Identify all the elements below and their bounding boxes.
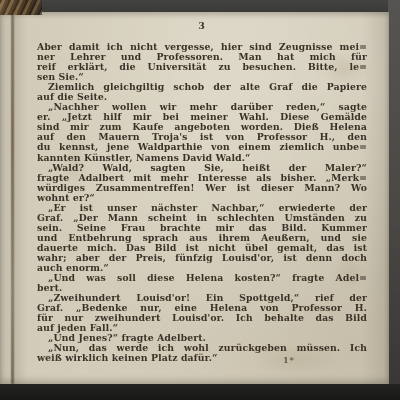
page-number: 3 (37, 21, 367, 32)
signature-mark: 1* (283, 355, 295, 365)
scan-background-right (388, 0, 400, 386)
gutter-shadow (13, 12, 27, 384)
binding-edge (0, 0, 42, 15)
text-line: „Und was soll diese Helena kosten?“ frag… (37, 274, 367, 284)
scan-background-bottom (0, 384, 400, 400)
text-line: du kennst, jene Waldparthie von einem zi… (37, 143, 367, 153)
text-line: weiß wirklich keinen Platz dafür.“ (37, 354, 367, 364)
text-block: Aber damit ich nicht vergesse, hier sind… (37, 43, 367, 365)
text-line: reif erklärt, die Universität zu besuche… (37, 63, 367, 73)
scanned-book-photo: 3 Aber damit ich nicht vergesse, hier si… (0, 0, 400, 400)
